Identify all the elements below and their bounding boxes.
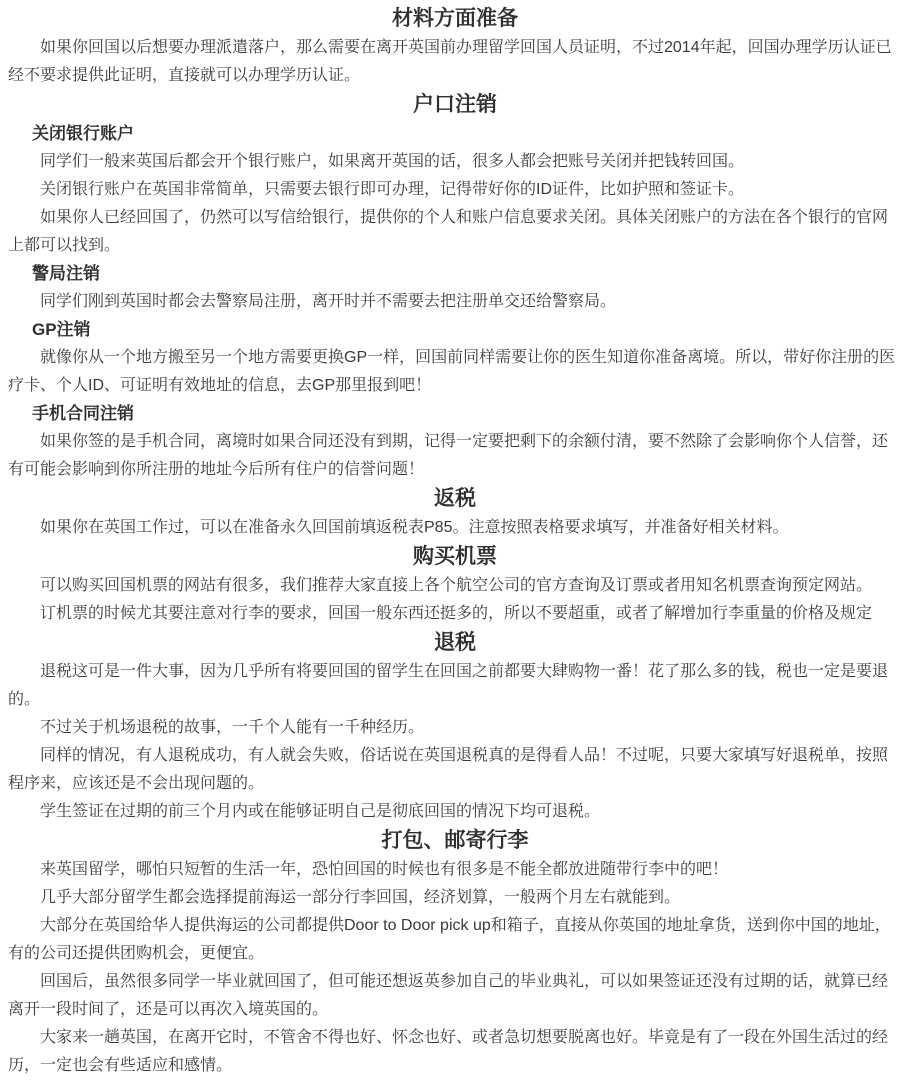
section-heading-packing-shipping-luggage: 打包、邮寄行李	[8, 826, 902, 856]
paragraph: 如果你签的是手机合同，离境时如果合同还没有到期，记得一定要把剩下的余额付清，要不…	[8, 428, 902, 484]
paragraph: 如果你在英国工作过，可以在准备永久回国前填返税表P85。注意按照表格要求填写，并…	[8, 514, 902, 542]
subheading-phone-contract-cancellation: 手机合同注销	[8, 400, 902, 428]
paragraph: 同学们一般来英国后都会开个银行账户，如果离开英国的话，很多人都会把账号关闭并把钱…	[8, 148, 902, 176]
paragraph: 如果你回国以后想要办理派遣落户，那么需要在离开英国前办理留学回国人员证明，不过2…	[8, 34, 902, 90]
section-heading-material-preparation: 材料方面准备	[8, 4, 902, 34]
subheading-close-bank-account: 关闭银行账户	[8, 120, 902, 148]
paragraph: 来英国留学，哪怕只短暂的生活一年，恐怕回国的时候也有很多是不能全都放进随带行李中…	[8, 856, 902, 884]
paragraph: 同学们刚到英国时都会去警察局注册，离开时并不需要去把注册单交还给警察局。	[8, 288, 902, 316]
section-packing-shipping-luggage: 打包、邮寄行李 来英国留学，哪怕只短暂的生活一年，恐怕回国的时候也有很多是不能全…	[8, 826, 902, 1080]
paragraph: 就像你从一个地方搬至另一个地方需要更换GP一样，回国前同样需要让你的医生知道你准…	[8, 344, 902, 400]
paragraph: 关闭银行账户在英国非常简单，只需要去银行即可办理，记得带好你的ID证件，比如护照…	[8, 176, 902, 204]
subheading-gp-deregistration: GP注销	[8, 316, 902, 344]
paragraph: 不过关于机场退税的故事，一千个人能有一千种经历。	[8, 714, 902, 742]
paragraph: 订机票的时候尤其要注意对行李的要求，回国一般东西还挺多的，所以不要超重，或者了解…	[8, 600, 902, 628]
section-hukou-cancellation: 户口注销 关闭银行账户 同学们一般来英国后都会开个银行账户，如果离开英国的话，很…	[8, 90, 902, 484]
paragraph: 可以购买回国机票的网站有很多，我们推荐大家直接上各个航空公司的官方查询及订票或者…	[8, 572, 902, 600]
section-buy-flight-tickets: 购买机票 可以购买回国机票的网站有很多，我们推荐大家直接上各个航空公司的官方查询…	[8, 542, 902, 628]
paragraph: 回国后，虽然很多同学一毕业就回国了，但可能还想返英参加自己的毕业典礼，可以如果签…	[8, 968, 902, 1024]
paragraph: 大家来一趟英国，在离开它时，不管舍不得也好、怀念也好、或者急切想要脱离也好。毕竟…	[8, 1024, 902, 1080]
section-heading-tax-rebate: 返税	[8, 484, 902, 514]
section-tax-rebate: 返税 如果你在英国工作过，可以在准备永久回国前填返税表P85。注意按照表格要求填…	[8, 484, 902, 542]
section-material-preparation: 材料方面准备 如果你回国以后想要办理派遣落户，那么需要在离开英国前办理留学回国人…	[8, 4, 902, 90]
paragraph: 同样的情况，有人退税成功，有人就会失败，俗话说在英国退税真的是得看人品！不过呢，…	[8, 742, 902, 798]
section-heading-buy-flight-tickets: 购买机票	[8, 542, 902, 572]
section-heading-tax-refund: 退税	[8, 628, 902, 658]
paragraph: 学生签证在过期的前三个月内或在能够证明自己是彻底回国的情况下均可退税。	[8, 798, 902, 826]
paragraph: 如果你人已经回国了，仍然可以写信给银行，提供你的个人和账户信息要求关闭。具体关闭…	[8, 204, 902, 260]
article: 材料方面准备 如果你回国以后想要办理派遣落户，那么需要在离开英国前办理留学回国人…	[0, 0, 910, 1090]
paragraph: 退税这可是一件大事，因为几乎所有将要回国的留学生在回国之前都要大肆购物一番！花了…	[8, 658, 902, 714]
subheading-police-deregistration: 警局注销	[8, 260, 902, 288]
paragraph: 几乎大部分留学生都会选择提前海运一部分行李回国，经济划算，一般两个月左右就能到。	[8, 884, 902, 912]
paragraph: 大部分在英国给华人提供海运的公司都提供Door to Door pick up和…	[8, 912, 902, 968]
section-tax-refund: 退税 退税这可是一件大事，因为几乎所有将要回国的留学生在回国之前都要大肆购物一番…	[8, 628, 902, 826]
section-heading-hukou-cancellation: 户口注销	[8, 90, 902, 120]
